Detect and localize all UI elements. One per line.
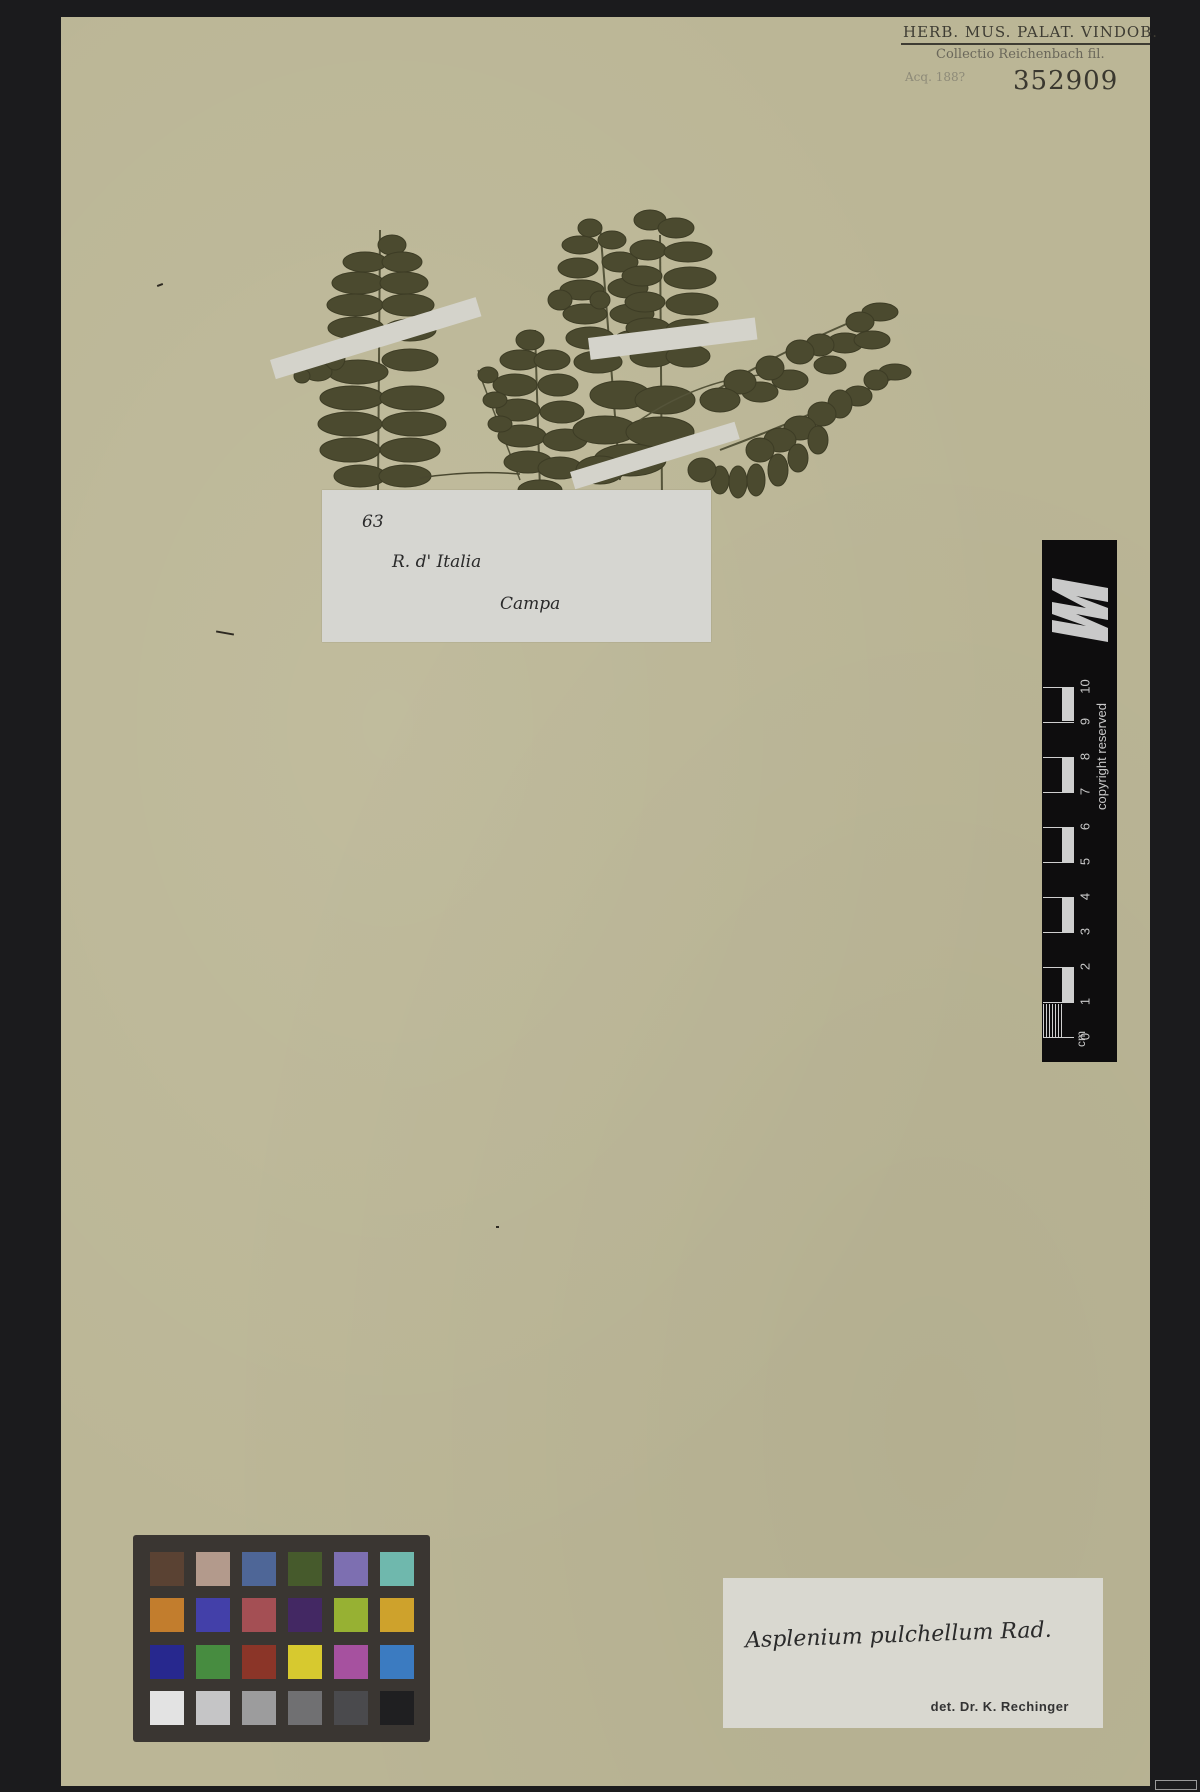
corner-logo-icon — [1155, 1780, 1197, 1790]
color-patch — [288, 1691, 322, 1725]
color-patch — [150, 1598, 184, 1632]
color-patch — [288, 1598, 322, 1632]
scale-ruler: 10 9 8 7 6 5 4 3 2 1 0 copyright reserve… — [1042, 540, 1117, 1062]
label-number: 63 — [362, 512, 384, 532]
color-patch — [334, 1645, 368, 1679]
color-patch — [150, 1552, 184, 1586]
color-patch — [196, 1645, 230, 1679]
color-patch — [380, 1645, 414, 1679]
color-patch — [288, 1552, 322, 1586]
label-collector: Campa — [500, 594, 560, 614]
original-collection-label: 63 R. d' Italia Campa — [322, 490, 711, 642]
color-patch — [242, 1598, 276, 1632]
color-patch — [242, 1691, 276, 1725]
determination-label: Asplenium pulchellum Rad. det. Dr. K. Re… — [723, 1578, 1103, 1728]
color-patch — [288, 1645, 322, 1679]
cm-scale — [1043, 687, 1074, 1038]
unit-label: cm — [1074, 1031, 1088, 1047]
color-patch — [242, 1552, 276, 1586]
color-patch — [334, 1598, 368, 1632]
color-patch — [380, 1552, 414, 1586]
color-patch — [380, 1691, 414, 1725]
w-logo-icon — [1050, 574, 1110, 646]
taxon-name: Asplenium pulchellum Rad. — [745, 1618, 1052, 1654]
color-patch — [196, 1691, 230, 1725]
color-patch — [334, 1691, 368, 1725]
fern-specimen — [0, 0, 1200, 1792]
determiner: det. Dr. K. Rechinger — [931, 1699, 1069, 1714]
color-patch — [334, 1552, 368, 1586]
color-patch — [380, 1598, 414, 1632]
copyright-text: copyright reserved — [1094, 703, 1109, 810]
label-locality: R. d' Italia — [392, 552, 481, 572]
color-patch — [242, 1645, 276, 1679]
color-patch — [150, 1645, 184, 1679]
color-checker-card — [133, 1535, 430, 1742]
cm-tick-labels: 10 9 8 7 6 5 4 3 2 1 0 — [1076, 687, 1094, 1047]
color-patch — [196, 1552, 230, 1586]
color-patch — [150, 1691, 184, 1725]
color-patch — [196, 1598, 230, 1632]
